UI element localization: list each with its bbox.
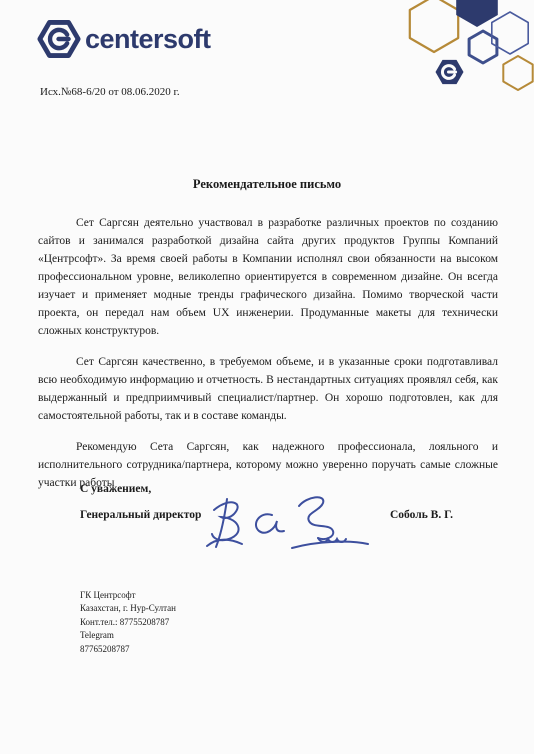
logo-wordmark: centersoft: [85, 17, 211, 61]
reference-number: Исх.№68-6/20 от 08.06.2020 г.: [40, 86, 180, 98]
handwritten-signature: [205, 494, 377, 558]
footer-phone: Конт.тел.: 87755208787: [80, 616, 176, 629]
hexagon-cluster-decoration: [402, 0, 534, 100]
letter-body: Сет Саргсян деятельно участвовал в разра…: [38, 214, 498, 505]
footer-contact-block: ГК Центрсофт Казахстан, г. Нур-Султан Ко…: [80, 589, 176, 656]
salutation: С уважением,: [80, 483, 151, 495]
footer-location: Казахстан, г. Нур-Султан: [80, 602, 176, 615]
footer-telegram-number: 87765208787: [80, 643, 176, 656]
letter-title: Рекомендательное письмо: [0, 177, 534, 192]
hexagon-g-icon: [36, 17, 82, 61]
footer-company: ГК Центрсофт: [80, 589, 176, 602]
footer-telegram-label: Telegram: [80, 629, 176, 642]
paragraph-1: Сет Саргсян деятельно участвовал в разра…: [38, 214, 498, 340]
recommendation-letter-page: centersoft Исх.№68-6/20 от 08.06.2020 г.…: [0, 0, 534, 754]
signer-name: Соболь В. Г.: [390, 509, 453, 521]
paragraph-2: Сет Саргсян качественно, в требуемом объ…: [38, 353, 498, 425]
centersoft-logo: centersoft: [36, 17, 211, 61]
signer-position: Генеральный директор: [80, 509, 201, 521]
